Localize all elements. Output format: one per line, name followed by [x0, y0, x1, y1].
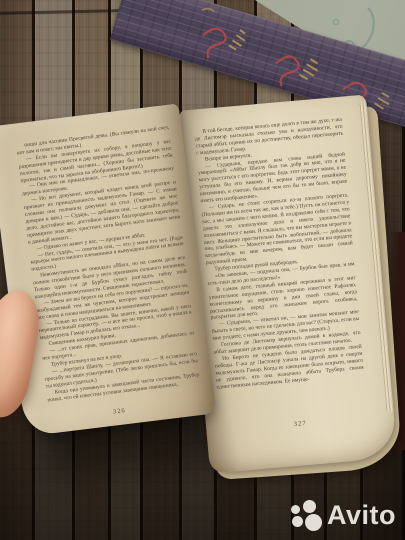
- avito-logo-circle: [292, 516, 303, 527]
- avito-wordmark: Avito: [327, 502, 396, 529]
- page-text-right: В той беседе, которая велась еще долго в…: [194, 117, 367, 417]
- book-page-right: В той беседе, которая велась еще долго в…: [178, 94, 397, 473]
- page-text-left: пиши для часовни Пресвятой девы. (Вы гля…: [16, 125, 201, 406]
- avito-logo-circle: [305, 514, 322, 531]
- avito-logo-icon: [291, 500, 322, 531]
- avito-logo-circle: [291, 505, 300, 514]
- avito-watermark: Avito: [291, 500, 396, 531]
- photo-open-book-scene: В той беседе, которая велась еще долго в…: [0, 0, 405, 540]
- page-number-right: 327: [206, 412, 394, 435]
- avito-logo-circle: [303, 500, 316, 513]
- book-page-left: пиши для часовни Пресвятой девы. (Вы гля…: [0, 103, 216, 436]
